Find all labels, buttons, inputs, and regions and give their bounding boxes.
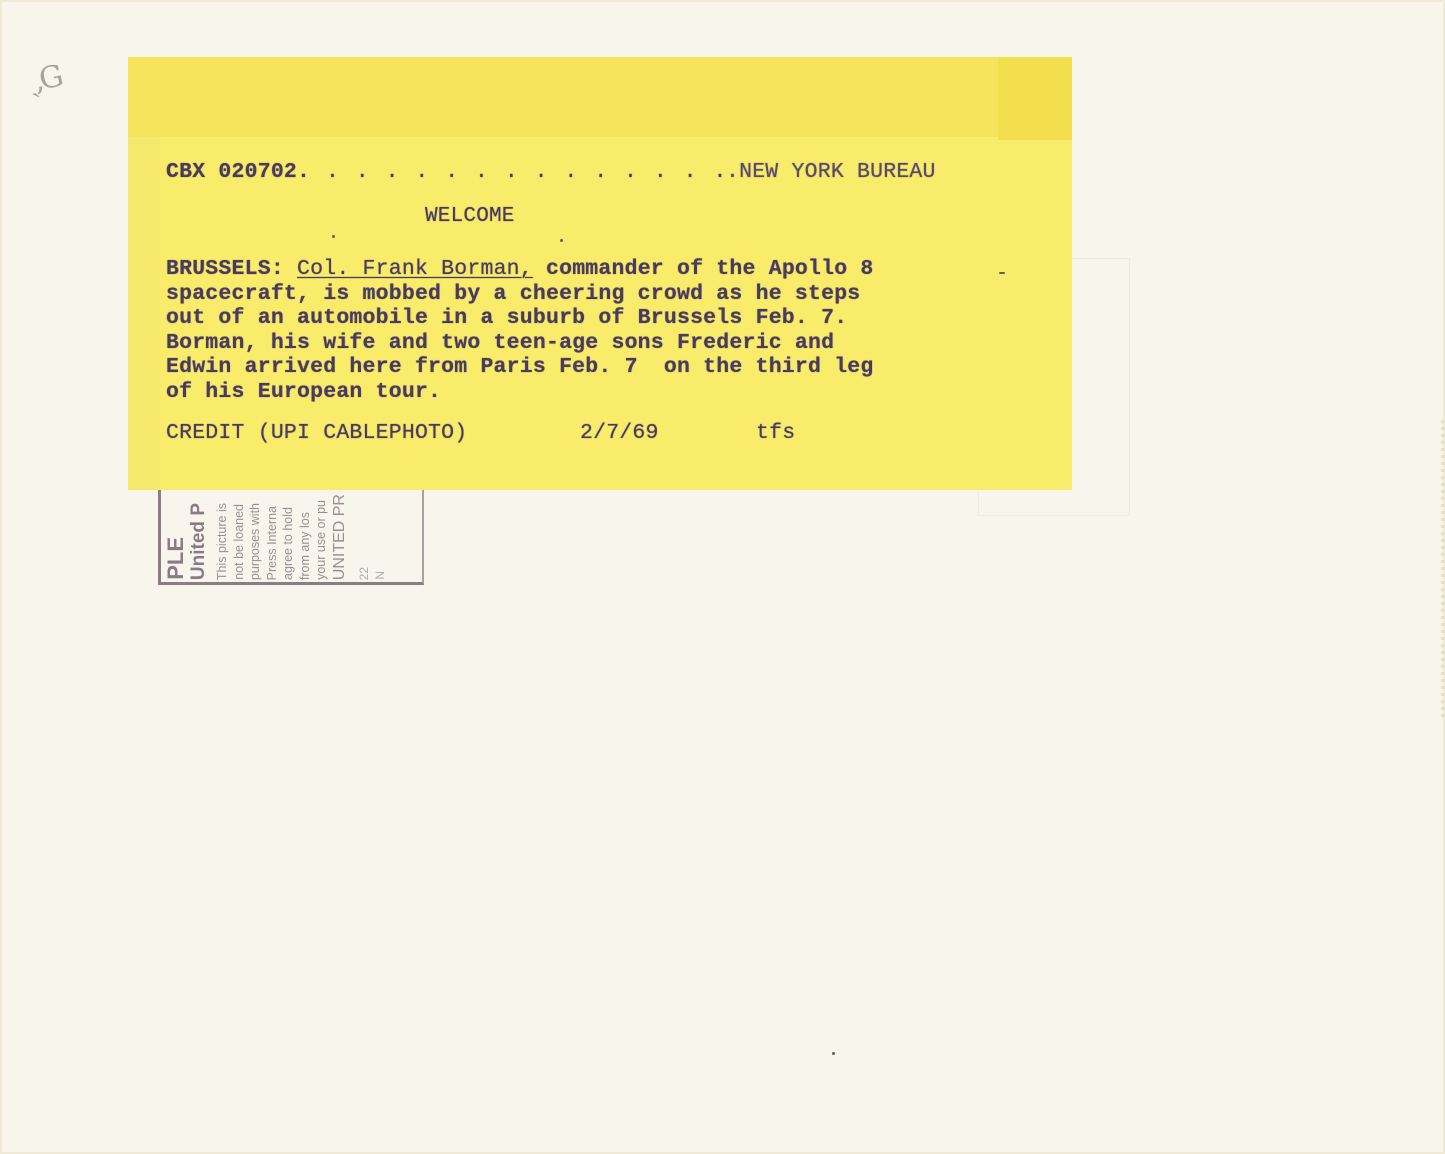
caption-body-line: Edwin arrived here from Paris Feb. 7 on … <box>166 355 874 379</box>
caption-body-line: of his European tour. <box>166 380 441 404</box>
label-corner <box>998 57 1072 140</box>
caption-label: CBX 020702. . . . . . . . . . . . . . . … <box>128 57 1072 490</box>
stamp-line: agree to hold <box>282 507 295 580</box>
caption-bureau: .NEW YORK BUREAU <box>726 160 936 184</box>
stamp-line: Press Interna <box>266 506 279 580</box>
caption-date: 2/7/69 <box>580 421 659 445</box>
label-tape-strip <box>128 57 1072 137</box>
ink-speck <box>332 235 335 238</box>
stamp-line: N <box>374 571 386 580</box>
label-left-edge <box>128 137 160 490</box>
stamp-line: purposes with <box>249 503 262 580</box>
caption-headline: WELCOME <box>425 205 515 228</box>
caption-credit: CREDIT (UPI CABLEPHOTO) <box>166 421 467 445</box>
stamp-line: your use or pu <box>315 500 328 580</box>
stamp-line: PLE <box>165 537 187 580</box>
ink-speck <box>832 1052 835 1055</box>
caption-leader-dots: . . . . . . . . . . . . . . <box>326 160 728 184</box>
stamp-line: UNITED PR <box>332 494 348 580</box>
caption-body-line: out of an automobile in a suburb of Brus… <box>166 306 847 330</box>
edge-bleed-mark <box>1441 420 1445 720</box>
ink-speck <box>560 239 563 242</box>
pencil-annotation: ˏ,G <box>25 59 63 100</box>
stamp-line: from any los <box>299 512 312 580</box>
ink-speck <box>999 272 1005 274</box>
caption-body-line: Borman, his wife and two teen-age sons F… <box>166 331 834 355</box>
caption-body: BRUSSELS: Col. Frank Borman, commander o… <box>166 257 874 404</box>
caption-body-line: commander of the Apollo 8 <box>546 257 874 281</box>
stamp-line: This picture is <box>216 503 229 580</box>
stamp-line: United P <box>189 503 208 580</box>
caption-body-line: spacecraft, is mobbed by a cheering crow… <box>166 282 860 306</box>
caption-dateline: BRUSSELS: <box>166 257 284 281</box>
stamp-line: not be loaned <box>233 504 246 580</box>
caption-slug: CBX 020702. <box>166 160 310 184</box>
caption-initials: tfs <box>756 421 795 445</box>
stamp-line: 22 <box>358 567 370 580</box>
caption-subject: Col. Frank Borman, <box>297 257 533 281</box>
